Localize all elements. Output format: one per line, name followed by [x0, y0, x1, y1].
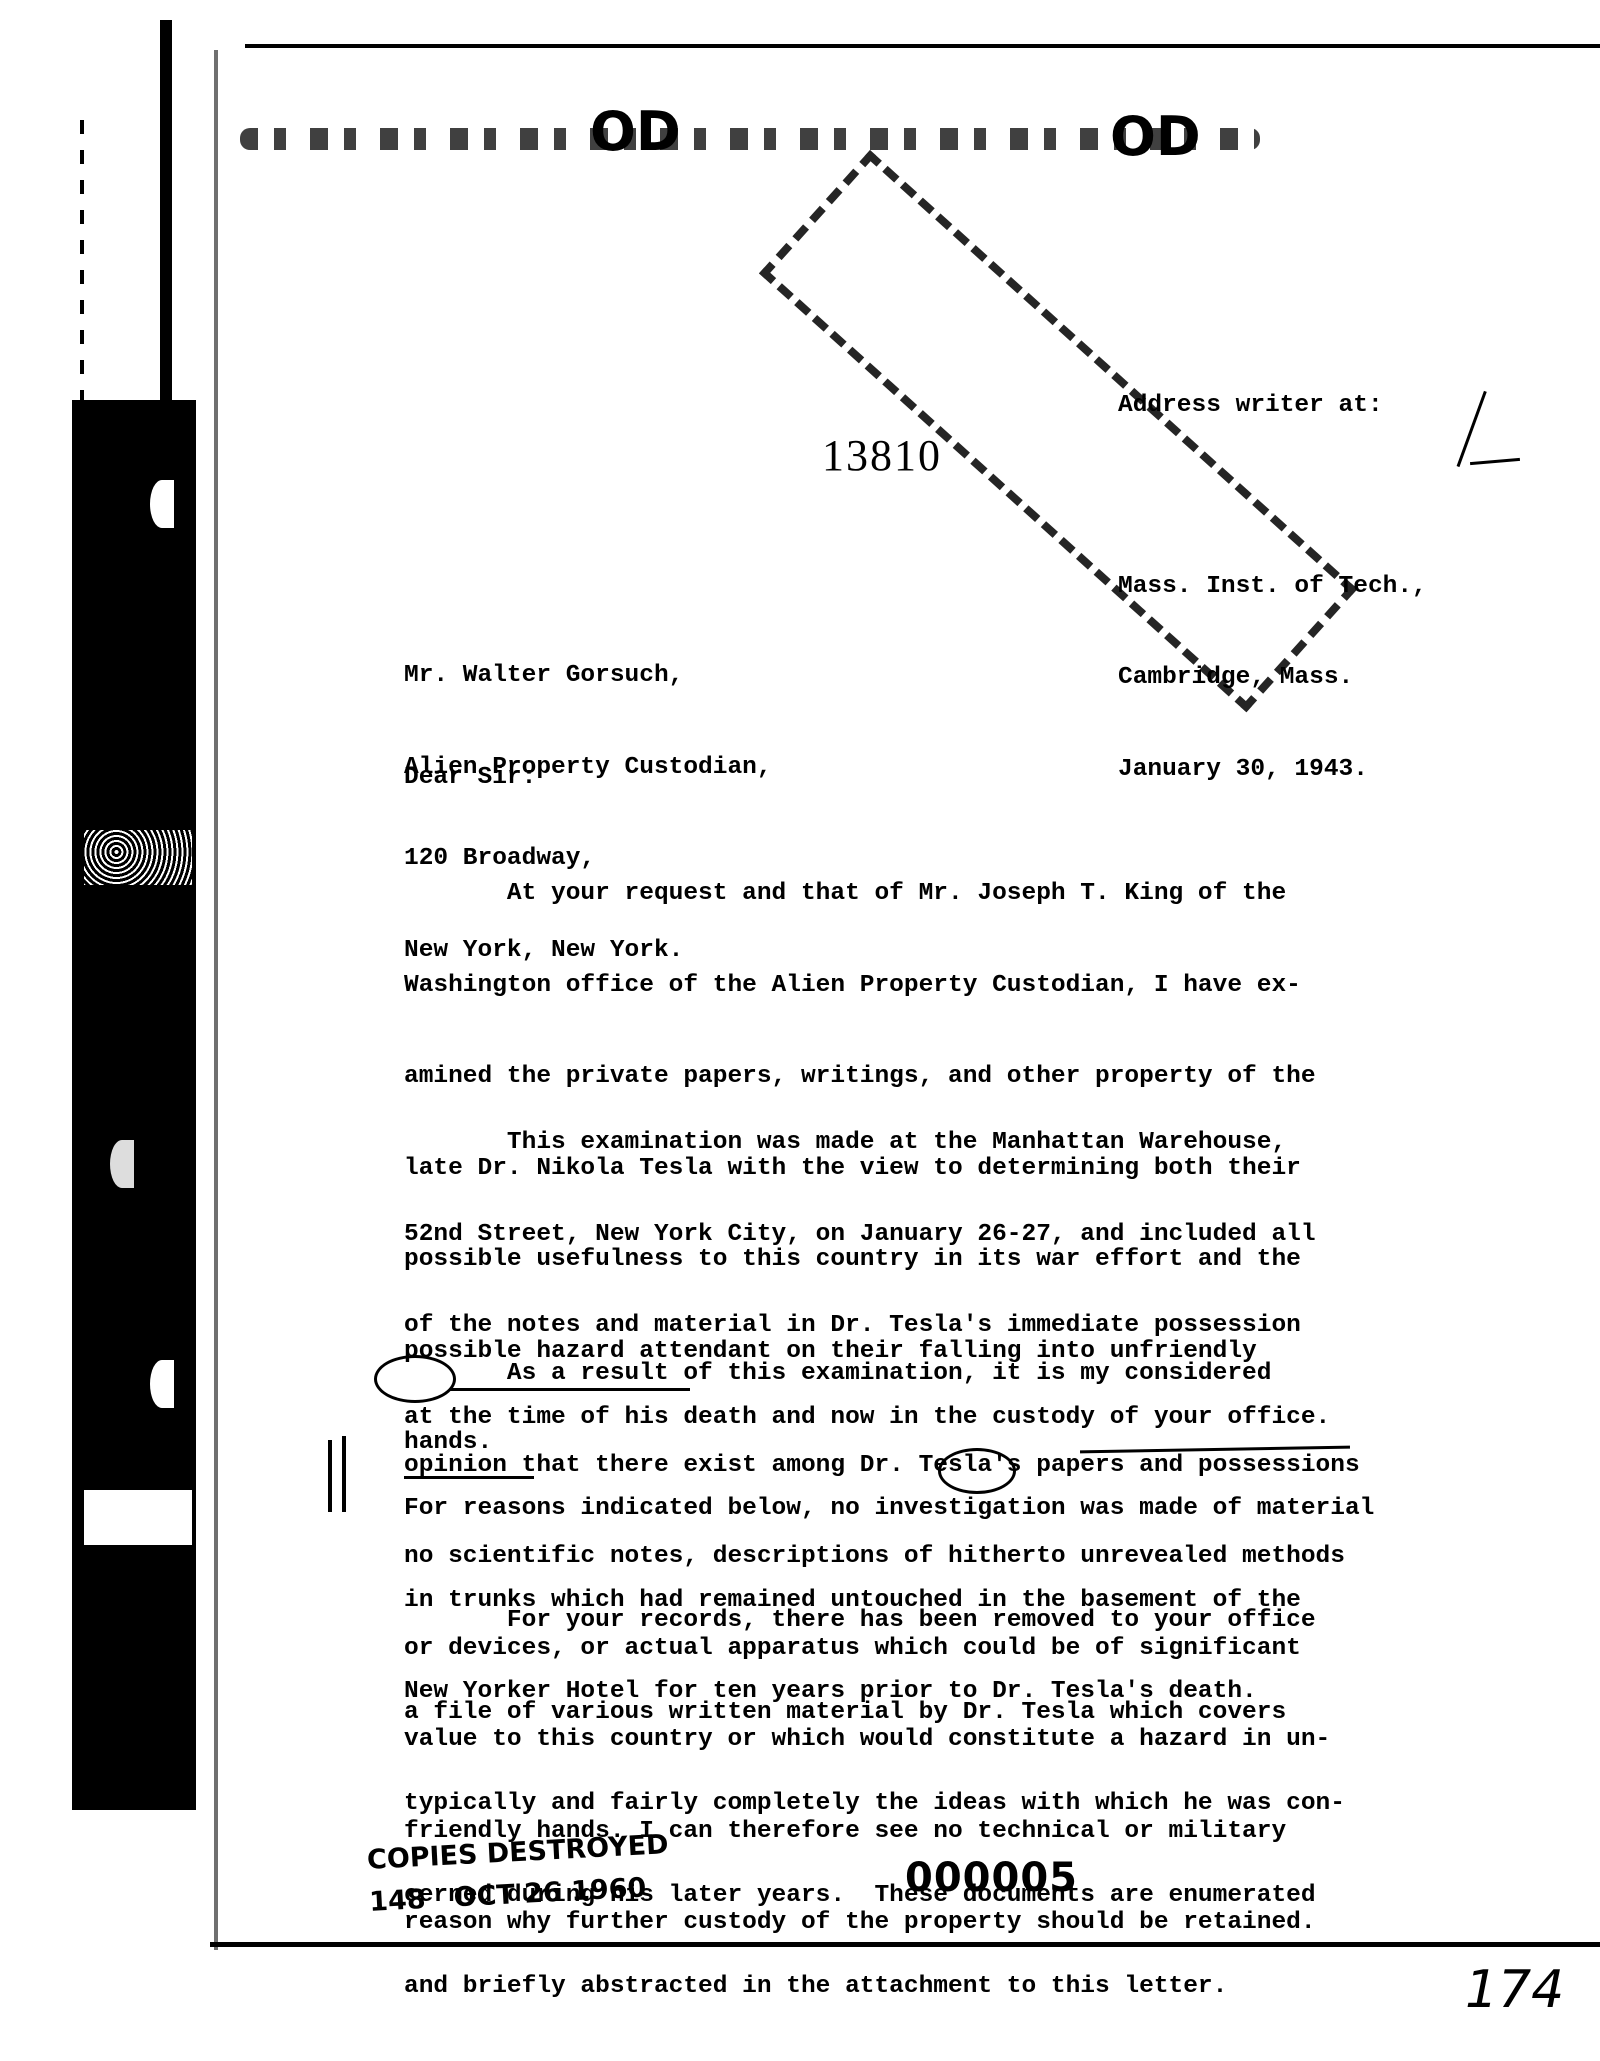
stamp-mark: OD: [590, 100, 681, 163]
binding-speckle: [84, 1490, 192, 1545]
letter-date: January 30, 1943.: [1118, 755, 1427, 786]
page-frame-top: [245, 44, 1600, 48]
copies-destroyed-stamp: COPIES DESTROYED 148 OCT 26 1960: [366, 1824, 672, 1924]
handwritten-underline: [404, 1476, 534, 1479]
paragraph-line: a file of various written material by Dr…: [404, 1698, 1345, 1729]
salutation: Dear Sir:: [404, 763, 536, 794]
handwritten-page-number: 174: [1465, 1960, 1564, 2020]
paragraph-line: For your records, there has been removed…: [404, 1606, 1345, 1637]
handwritten-margin-bar: [328, 1440, 332, 1512]
paragraph-line: and briefly abstracted in the attachment…: [404, 1972, 1345, 2003]
page-frame-left: [214, 50, 218, 1950]
handwritten-underline: [450, 1388, 690, 1391]
paragraph-line: As a result of this examination, it is m…: [404, 1359, 1360, 1390]
handwritten-mark: [1470, 458, 1520, 465]
paragraph-line: Washington office of the Alien Property …: [404, 971, 1316, 1002]
return-address-line: Cambridge, Mass.: [1118, 663, 1427, 694]
binding-speckle: [84, 830, 192, 885]
handwritten-margin-bar: [342, 1436, 346, 1512]
binding-strip: [72, 400, 196, 1810]
paragraph: For your records, there has been removed…: [404, 1545, 1345, 2033]
recipient-line: Mr. Walter Gorsuch,: [404, 661, 772, 692]
punch-hole: [110, 1140, 134, 1188]
return-address-line: Mass. Inst. of Tech.,: [1118, 572, 1427, 603]
handwritten-circle: [374, 1355, 456, 1403]
binding-edge-line: [160, 20, 172, 410]
punch-hole: [150, 1360, 174, 1408]
document-number-stamp: 000005: [905, 1855, 1078, 1901]
paragraph-line: typically and fairly completely the idea…: [404, 1789, 1345, 1820]
return-address: Address writer at: Mass. Inst. of Tech.,…: [1118, 330, 1427, 816]
paragraph-line: 52nd Street, New York City, on January 2…: [404, 1220, 1374, 1251]
paragraph-line: This examination was made at the Manhatt…: [404, 1128, 1374, 1159]
punch-hole: [150, 480, 174, 528]
binding-tick-marks: [80, 120, 84, 400]
paragraph-line: opinion that there exist among Dr. Tesla…: [404, 1451, 1360, 1482]
stamp-mark: OD: [1110, 105, 1201, 168]
handwritten-mark: [1457, 391, 1493, 469]
serial-number: 13810: [822, 430, 942, 481]
handwritten-circle: [938, 1448, 1016, 1494]
return-address-label: Address writer at:: [1118, 391, 1427, 422]
paragraph-line: At your request and that of Mr. Joseph T…: [404, 879, 1316, 910]
header-smudge: [240, 128, 1260, 150]
